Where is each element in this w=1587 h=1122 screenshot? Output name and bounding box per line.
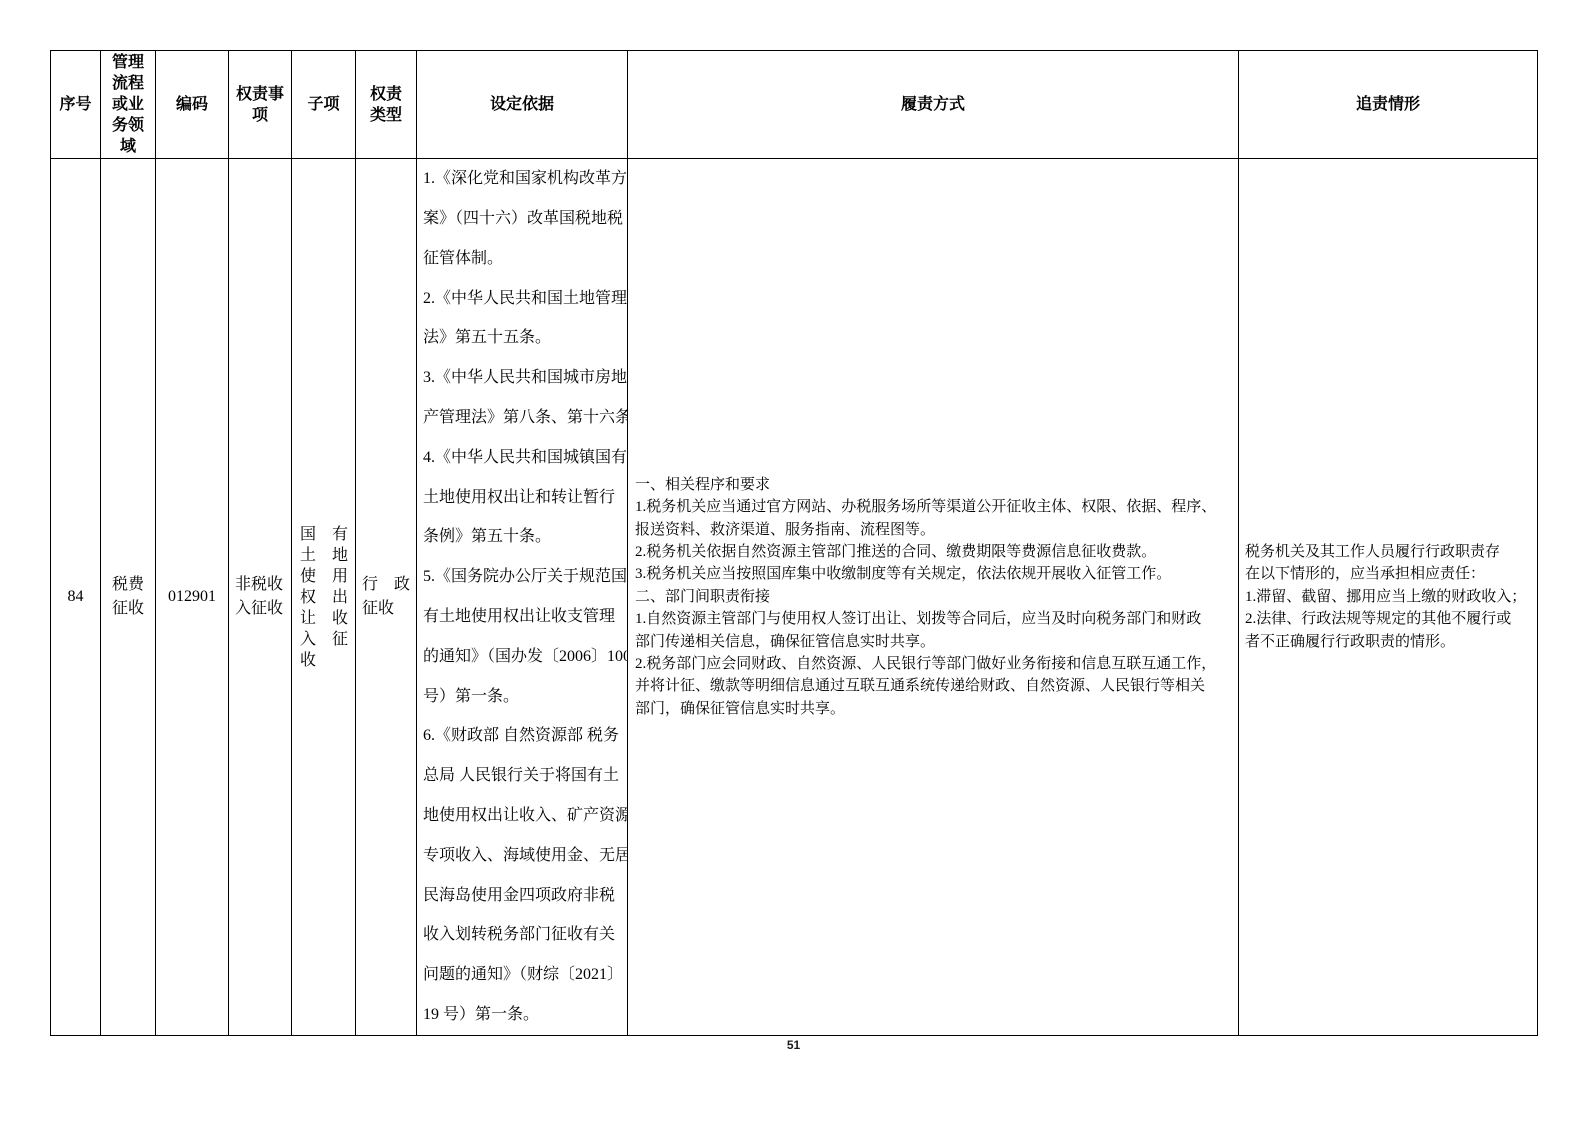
cell-serial: 84: [51, 159, 101, 1036]
header-matter: 权责事 项: [229, 51, 292, 159]
page-number: 51: [0, 1038, 1587, 1052]
responsibility-table: 序号 管理 流程 或业 务领 域 编码 权责事 项 子项 权责 类型 设定依据 …: [50, 50, 1538, 1036]
cell-accountability: 税务机关及其工作人员履行行政职责存 在以下情形的，应当承担相应责任： 1.滞留、…: [1239, 159, 1538, 1036]
header-basis: 设定依据: [417, 51, 628, 159]
cell-type: 行 政 征收: [356, 159, 417, 1036]
cell-code: 012901: [156, 159, 229, 1036]
header-subitem: 子项: [292, 51, 356, 159]
header-serial: 序号: [51, 51, 101, 159]
cell-basis: 1.《深化党和国家机构改革方 案》（四十六）改革国税地税 征管体制。 2.《中华…: [417, 159, 628, 1036]
cell-domain: 税费 征收: [101, 159, 156, 1036]
table-body: 84 税费 征收 012901 非税收 入征收 国 有 土 地 使 用 权 出 …: [51, 159, 1538, 1036]
header-type: 权责 类型: [356, 51, 417, 159]
table-row: 84 税费 征收 012901 非税收 入征收 国 有 土 地 使 用 权 出 …: [51, 159, 1538, 1036]
document-page: 序号 管理 流程 或业 务领 域 编码 权责事 项 子项 权责 类型 设定依据 …: [0, 0, 1587, 1122]
header-code: 编码: [156, 51, 229, 159]
header-accountability: 追责情形: [1239, 51, 1538, 159]
header-domain: 管理 流程 或业 务领 域: [101, 51, 156, 159]
cell-subitem: 国 有 土 地 使 用 权 出 让 收 入 征 收: [292, 159, 356, 1036]
cell-matter: 非税收 入征收: [229, 159, 292, 1036]
cell-performance: 一、相关程序和要求 1.税务机关应当通过官方网站、办税服务场所等渠道公开征收主体…: [628, 159, 1239, 1036]
table-header-row: 序号 管理 流程 或业 务领 域 编码 权责事 项 子项 权责 类型 设定依据 …: [51, 51, 1538, 159]
header-performance: 履责方式: [628, 51, 1239, 159]
